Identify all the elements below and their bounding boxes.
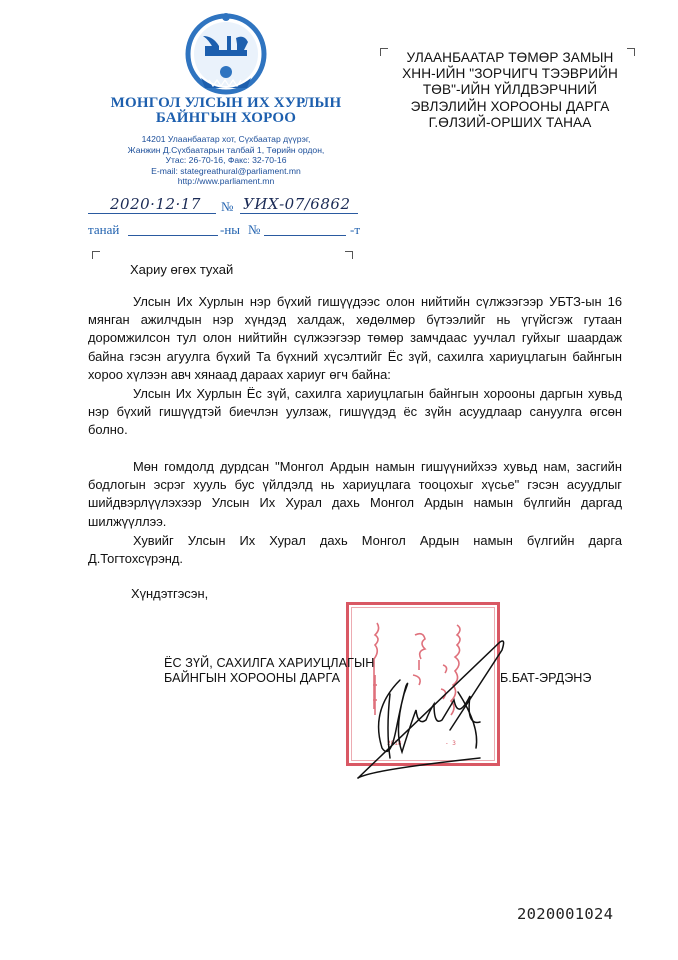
your-number-blank xyxy=(264,235,346,236)
of-suffix: -ны xyxy=(220,222,240,238)
address-line: Жанжин Д.Сүхбаатарын талбай 1, Төрийн ор… xyxy=(90,145,362,156)
recipient-address: УЛААНБААТАР ТӨМӨР ЗАМЫН ХНН-ИЙН "ЗОРЧИГЧ… xyxy=(385,50,635,131)
letter-number: УИХ-07/6862 xyxy=(243,195,350,213)
letter-subject: Хариу өгөх тухай xyxy=(130,262,233,277)
your-number-label: № xyxy=(248,222,260,238)
your-date-blank xyxy=(128,235,218,236)
your-label: танай xyxy=(88,222,119,238)
signer-name: Б.БАТ-ЭРДЭНЭ xyxy=(500,671,591,685)
body-paragraph: Улсын Их Хурлын нэр бүхий гишүүдээс олон… xyxy=(88,293,622,384)
state-emblem-icon xyxy=(181,12,271,100)
body-paragraph: Мөн гомдолд дурдсан "Монгол Ардын намын … xyxy=(88,458,622,531)
t-suffix: -т xyxy=(350,222,360,238)
outgoing-reference: 2020·12·17 № УИХ-07/6862 xyxy=(88,195,378,217)
organization-name: МОНГОЛ УЛСЫН ИХ ХУРЛЫН БАЙНГЫН ХОРОО xyxy=(90,96,362,126)
phone-fax: Утас: 26-70-16, Факс: 32-70-16 xyxy=(90,155,362,166)
handwritten-signature-icon xyxy=(330,630,510,780)
date-underline xyxy=(88,213,216,214)
subject-corner-mark xyxy=(92,251,100,259)
letter-date: 2020·12·17 xyxy=(110,195,201,213)
number-label: № xyxy=(221,199,233,215)
subject-corner-mark xyxy=(345,251,353,259)
closing-salutation: Хүндэтгэсэн, xyxy=(131,586,208,601)
website-link[interactable]: http://www.parliament.mn xyxy=(90,176,362,187)
copy-to-note: Хувийг Улсын Их Хурал дахь Монгол Ардын … xyxy=(88,532,622,568)
document-serial-number: 2020001024 xyxy=(517,905,613,923)
organization-address: 14201 Улаанбаатар хот, Сүхбаатар дүүрэг,… xyxy=(90,134,362,187)
number-underline xyxy=(240,213,358,214)
address-line: 14201 Улаанбаатар хот, Сүхбаатар дүүрэг, xyxy=(90,134,362,145)
email-link[interactable]: E-mail: stategreathural@parliament.mn xyxy=(90,166,362,177)
incoming-reference: танай -ны № -т xyxy=(88,222,378,242)
body-paragraph: Улсын Их Хурлын Ёс зүй, сахилга хариуцла… xyxy=(88,385,622,440)
